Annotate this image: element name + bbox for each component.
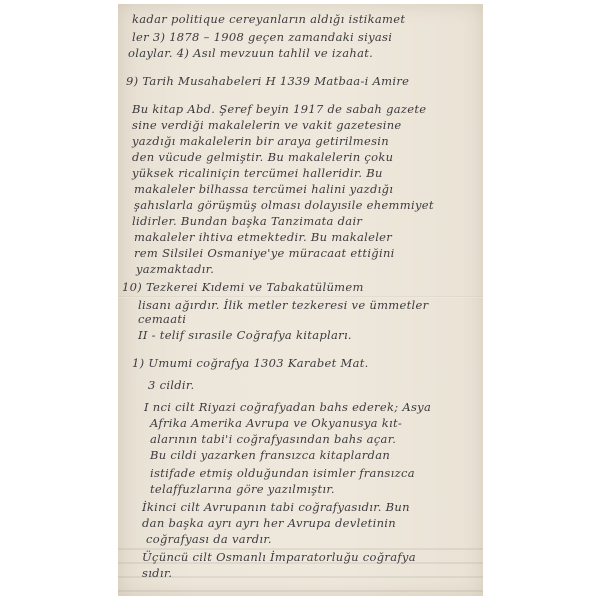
- handwritten-line: I nci cilt Riyazi coğrafyadan bahs edere…: [144, 400, 431, 414]
- handwritten-line: yüksek ricaliniçin tercümei halleridir. …: [132, 166, 383, 180]
- handwritten-line: makaleler bilhassa tercümei halini yazdı…: [134, 182, 393, 196]
- handwritten-line: Üçüncü cilt Osmanlı İmparatorluğu coğraf…: [142, 550, 416, 564]
- handwritten-line: olaylar. 4) Asıl mevzuun tahlil ve izaha…: [128, 46, 373, 60]
- handwritten-line: alarının tabi'i coğrafyasından bahs açar…: [150, 432, 396, 446]
- handwritten-line: coğrafyası da vardır.: [146, 532, 272, 546]
- handwritten-line: den vücude gelmiştir. Bu makalelerin çok…: [132, 150, 393, 164]
- handwritten-line: rem Silsilei Osmaniye'ye müracaat ettiği…: [134, 246, 395, 260]
- handwritten-line: dan başka ayrı ayrı her Avrupa devletini…: [142, 516, 396, 530]
- handwritten-line: 3 cildir.: [148, 378, 194, 392]
- handwritten-line: Bu cildi yazarken fransızca kitaplardan: [150, 448, 390, 462]
- handwritten-line: cemaati: [138, 312, 186, 326]
- handwritten-line: lidirler. Bundan başka Tanzimata dair: [132, 214, 362, 228]
- handwritten-line: 9) Tarih Musahabeleri H 1339 Matbaa-i Am…: [126, 74, 409, 88]
- handwritten-line: şahıslarla görüşmüş olması dolayısile eh…: [134, 198, 434, 212]
- handwritten-line: Afrika Amerika Avrupa ve Okyanusya kıt-: [150, 416, 402, 430]
- handwritten-line: İkinci cilt Avrupanın tabi coğrafyasıdır…: [142, 500, 410, 514]
- handwritten-line: ler 3) 1878 – 1908 geçen zamandaki siyas…: [132, 30, 392, 44]
- handwritten-line: yazdığı makalelerin bir araya getirilmes…: [132, 134, 389, 148]
- handwritten-line: istifade etmiş olduğundan isimler fransı…: [150, 466, 415, 480]
- manuscript-page: kadar politique cereyanların aldığı isti…: [118, 4, 483, 596]
- handwritten-line: sine verdiği makalelerin ve vakit gazete…: [132, 118, 402, 132]
- handwritten-line: yazmaktadır.: [136, 262, 214, 276]
- handwritten-line: lisanı ağırdır. İlik metler tezkeresi ve…: [138, 298, 428, 312]
- handwritten-line: II - telif sırasile Coğrafya kitapları.: [138, 328, 352, 342]
- handwritten-line: kadar politique cereyanların aldığı isti…: [132, 12, 405, 26]
- handwritten-line: Bu kitap Abd. Şeref beyin 1917 de sabah …: [132, 102, 426, 116]
- handwritten-line: makaleler ihtiva etmektedir. Bu makalele…: [134, 230, 392, 244]
- handwritten-line: sıdır.: [142, 566, 172, 580]
- handwritten-line: 1) Umumi coğrafya 1303 Karabet Mat.: [132, 356, 369, 370]
- handwritten-line: telaffuzlarına göre yazılmıştır.: [150, 482, 335, 496]
- handwritten-line: 10) Tezkerei Kıdemi ve Tabakatülümem: [122, 280, 364, 294]
